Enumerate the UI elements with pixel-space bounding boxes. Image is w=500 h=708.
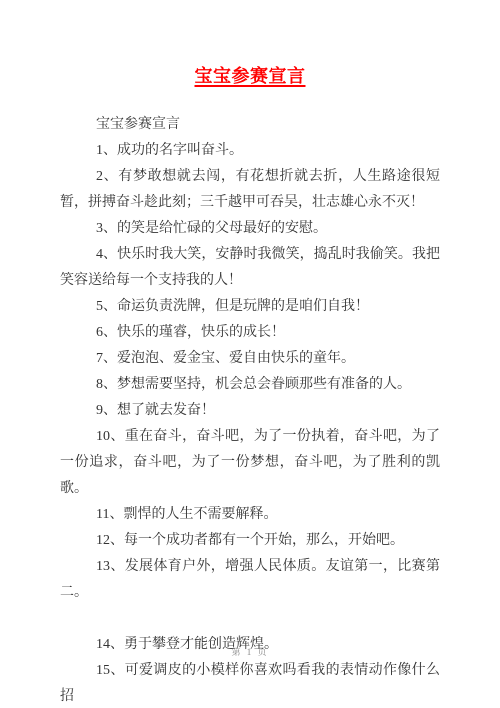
document-page: 宝宝参赛宣言 宝宝参赛宣言 1、成功的名字叫奋斗。2、有梦敢想就去闯，有花想折就…: [0, 0, 500, 708]
blank-line: [60, 606, 440, 632]
paragraph: 5、命运负责洗牌，但是玩牌的是咱们自我！: [60, 294, 440, 320]
paragraph: 1、成功的名字叫奋斗。: [60, 138, 440, 164]
paragraph: 10、重在奋斗，奋斗吧，为了一份执着，奋斗吧，为了一份追求，奋斗吧，为了一份梦想…: [60, 424, 440, 502]
page-title: 宝宝参赛宣言: [0, 0, 500, 88]
paragraph: 2、有梦敢想就去闯，有花想折就去折，人生路途很短暂，拼搏奋斗趁此刻；三千越甲可吞…: [60, 164, 440, 216]
paragraph: 4、快乐时我大笑，安静时我微笑，捣乱时我偷笑。我把笑容送给每一个支持我的人！: [60, 242, 440, 294]
paragraph-list: 1、成功的名字叫奋斗。2、有梦敢想就去闯，有花想折就去折，人生路途很短暂，拼搏奋…: [60, 138, 440, 708]
paragraph: 6、快乐的瑾睿，快乐的成长！: [60, 320, 440, 346]
paragraph: 7、爱泡泡、爱金宝、爱自由快乐的童年。: [60, 346, 440, 372]
page-number-text: 第 1 页: [231, 647, 268, 657]
paragraph: 9、想了就去发奋！: [60, 398, 440, 424]
paragraph: 13、发展体育户外，增强人民体质。友谊第一，比赛第二。: [60, 554, 440, 606]
document-subtitle: 宝宝参赛宣言: [60, 112, 440, 138]
document-body: 宝宝参赛宣言 1、成功的名字叫奋斗。2、有梦敢想就去闯，有花想折就去折，人生路途…: [60, 112, 440, 708]
paragraph: 11、剽悍的人生不需要解释。: [60, 502, 440, 528]
paragraph: 3、的笑是给忙碌的父母最好的安慰。: [60, 216, 440, 242]
paragraph: 15、可爱调皮的小模样你喜欢吗看我的表情动作像什么招: [60, 658, 440, 708]
page-number: 第 1 页: [0, 645, 500, 658]
paragraph: 8、梦想需要坚持，机会总会眷顾那些有准备的人。: [60, 372, 440, 398]
paragraph: 12、每一个成功者都有一个开始，那么，开始吧。: [60, 528, 440, 554]
page-title-text: 宝宝参赛宣言: [195, 66, 306, 86]
